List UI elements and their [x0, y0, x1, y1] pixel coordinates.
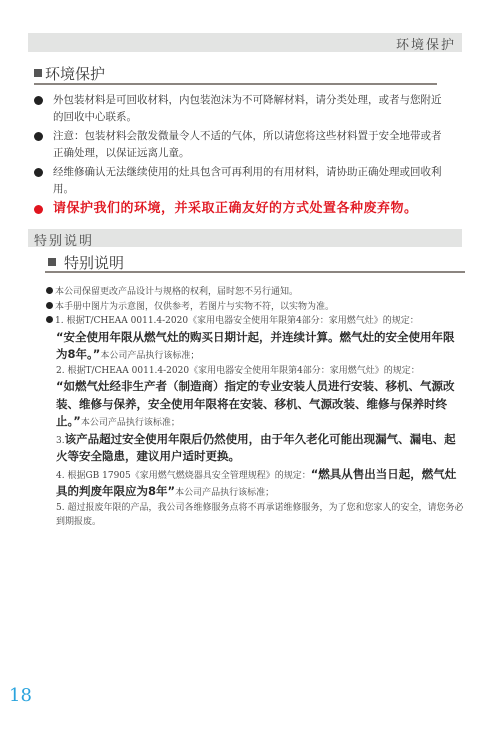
note-item: 本公司保留更改产品设计与规格的权利，届时恕不另行通知。	[46, 285, 466, 300]
note-text: 4. 根据GB 17905《家用燃气燃烧器具安全管理规程》的规定：	[56, 471, 311, 481]
square-bullet-icon	[34, 69, 42, 77]
bullet-dot-icon	[46, 287, 53, 294]
section-title-environment: 环境保护	[34, 63, 437, 85]
section-title-text: 特别说明	[64, 254, 124, 272]
note-item: 2. 根据T/CHEAA 0011.4-2020《家用电器安全使用年限第4部分：…	[46, 364, 466, 431]
list-item-highlight: 请保护我们的环境，并采取正确友好的方式处置各种废弃物。	[34, 200, 444, 218]
list-item-text: 外包装材料是可回收材料，内包装泡沫为不可降解材料，请分类处理，或者与您附近的回收…	[53, 94, 442, 123]
bullet-dot-icon	[34, 96, 43, 105]
bullet-dot-icon	[46, 302, 53, 309]
special-header-title: 特别说明	[34, 230, 94, 249]
list-item: 经维修确认无法继续使用的灶具包含可再利用的有用材料，请协助正确处理或回收利用。	[34, 164, 444, 198]
note-text: 1. 根据T/CHEAA 0011.4-2020《家用电器安全使用年限第4部分：…	[55, 316, 419, 326]
note-text: 本手册中图片为示意图，仅供参考，若图片与实物不符，以实物为准。	[55, 302, 334, 312]
note-text: 本公司产品执行该标准；	[81, 418, 180, 428]
note-number: 3.	[56, 436, 65, 446]
list-item: 注意：包装材料会散发微量令人不适的气体，所以请您将这些材料置于安全地带或者正确处…	[34, 128, 444, 162]
running-header-bar: 环境保护	[28, 33, 462, 52]
list-item-text: 经维修确认无法继续使用的灶具包含可再利用的有用材料，请协助正确处理或回收利用。	[53, 166, 442, 195]
note-item: 4. 根据GB 17905《家用燃气燃烧器具安全管理规程》的规定：“燃具从售出当…	[46, 466, 466, 501]
note-item: 5. 超过报废年限的产品，我公司各维修服务点将不再承诺维修服务，为了您和您家人的…	[46, 501, 466, 530]
bullet-dot-icon	[46, 316, 53, 323]
note-text: 本公司保留更改产品设计与规格的权利，届时恕不另行通知。	[55, 287, 298, 297]
list-item-text: 注意：包装材料会散发微量令人不适的气体，所以请您将这些材料置于安全地带或者正确处…	[53, 130, 442, 159]
bullet-dot-icon	[34, 168, 43, 177]
bullet-dot-red-icon	[34, 205, 43, 214]
square-bullet-icon	[48, 258, 56, 266]
running-header-title: 环境保护	[396, 34, 456, 53]
special-notes: 本公司保留更改产品设计与规格的权利，届时恕不另行通知。 本手册中图片为示意图，仅…	[46, 285, 466, 530]
page-number: 18	[9, 685, 32, 706]
note-item: 本手册中图片为示意图，仅供参考，若图片与实物不符，以实物为准。	[46, 300, 466, 315]
bullet-dot-icon	[34, 132, 43, 141]
section-title-special: 特别说明	[45, 252, 465, 273]
note-text: 5. 超过报废年限的产品，我公司各维修服务点将不再承诺维修服务，为了您和您家人的…	[56, 503, 463, 528]
note-text: 2. 根据T/CHEAA 0011.4-2020《家用电器安全使用年限第4部分：…	[56, 366, 420, 376]
list-item-text: 请保护我们的环境，并采取正确友好的方式处置各种废弃物。	[53, 201, 418, 216]
note-item: 3.该产品超过安全使用年限后仍然使用，由于年久老化可能出现漏气、漏电、起火等安全…	[46, 431, 466, 466]
list-item: 外包装材料是可回收材料，内包装泡沫为不可降解材料，请分类处理，或者与您附近的回收…	[34, 92, 444, 126]
section-title-text: 环境保护	[45, 65, 105, 83]
note-emphasis: 该产品超过安全使用年限后仍然使用，由于年久老化可能出现漏气、漏电、起火等安全隐患…	[56, 432, 456, 464]
special-header-bar: 特别说明	[28, 229, 462, 247]
environment-list: 外包装材料是可回收材料，内包装泡沫为不可降解材料，请分类处理，或者与您附近的回收…	[34, 92, 444, 220]
note-text: 本公司产品执行该标准；	[100, 351, 199, 361]
note-item: 1. 根据T/CHEAA 0011.4-2020《家用电器安全使用年限第4部分：…	[46, 314, 466, 364]
note-text: 本公司产品执行该标准；	[175, 488, 274, 498]
